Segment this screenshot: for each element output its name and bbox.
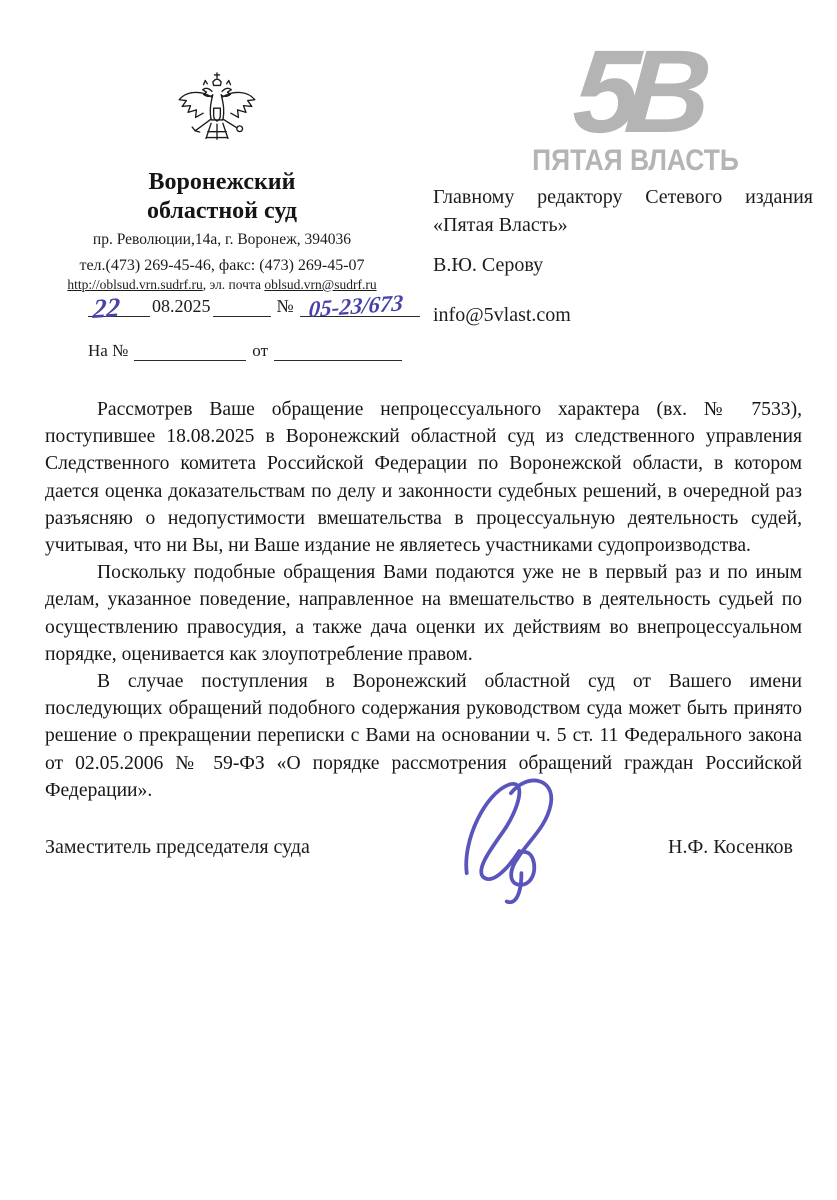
body-paragraph-1: Рассмотрев Ваше обращение непроцессуальн… <box>45 396 802 559</box>
5v-logo-subtitle: ПЯТАЯ ВЛАСТЬ <box>532 146 739 176</box>
russian-coat-of-arms-icon <box>175 71 259 168</box>
signer-name: Н.Ф. Косенков <box>668 836 793 859</box>
handwritten-signature-icon <box>452 770 594 912</box>
court-email: oblsud.vrn@sudrf.ru <box>264 277 376 292</box>
letter-body: Рассмотрев Ваше обращение непроцессуальн… <box>45 396 802 804</box>
signer-position: Заместитель председателя суда <box>45 836 310 859</box>
body-paragraph-2: Поскольку подобные обращения Вами подают… <box>45 559 802 668</box>
court-name: Воронежский областной суд <box>72 168 372 226</box>
email-prefix-label: , эл. почта <box>203 277 265 292</box>
scanned-letter-page: Воронежский областной суд пр. Революции,… <box>0 0 837 1200</box>
date-month-year: 08.2025 <box>152 296 211 317</box>
body-paragraph-3: В случае поступления в Воронежский облас… <box>45 668 802 804</box>
court-address: пр. Революции,14а, г. Воронеж, 394036 <box>52 231 392 249</box>
ot-date-blank <box>274 340 402 361</box>
na-number-label: На № <box>88 341 128 361</box>
date-day-blank: 22 <box>88 296 150 317</box>
court-contacts-line: http://oblsud.vrn.sudrf.ru, эл. почта ob… <box>52 277 392 293</box>
5v-logo-icon: 5В <box>514 40 756 144</box>
recipient-email: info@5vlast.com <box>433 304 571 327</box>
ot-label: от <box>252 341 268 361</box>
handwritten-outgoing-number: 05-23/673 <box>308 291 404 321</box>
reference-line: На № от <box>88 340 408 361</box>
number-sign-label: № <box>277 296 294 317</box>
outgoing-number-blank: 05-23/673 <box>300 296 420 317</box>
recipient-name: В.Ю. Серову <box>433 254 543 277</box>
court-website: http://oblsud.vrn.sudrf.ru <box>67 277 202 292</box>
outgoing-stamp-line: 22 08.2025 № 05-23/673 <box>88 296 420 317</box>
na-number-blank <box>134 340 246 361</box>
handwritten-day: 22 <box>92 294 121 323</box>
court-phone-fax: тел.(473) 269-45-46, факс: (473) 269-45-… <box>52 257 392 275</box>
recipient-address-line: Главному редактору Сетевого издания «Пят… <box>433 183 813 239</box>
date-filler-blank <box>213 296 271 317</box>
